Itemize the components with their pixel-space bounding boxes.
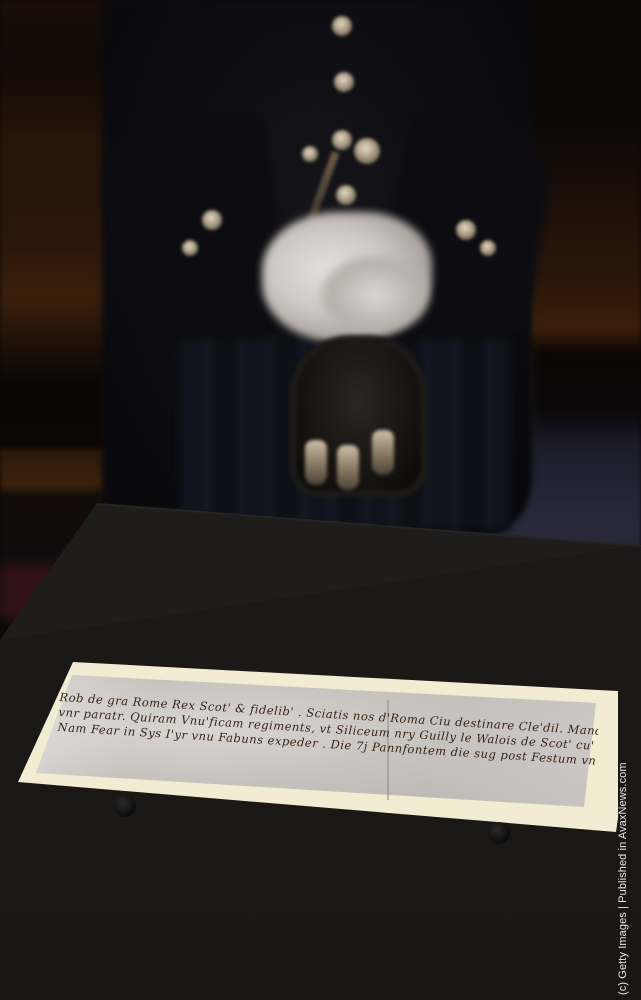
mount-peg-right (488, 822, 510, 844)
copyright-watermark: (c) Getty Images | Published in AvaxNews… (617, 762, 629, 995)
cuff-button (202, 210, 222, 230)
sporran-tassel (337, 445, 359, 490)
cuff-button (456, 220, 476, 240)
jacket-button (336, 185, 356, 205)
jacket-button (334, 72, 354, 92)
photo-scene: Rob de gra Rome Rex Scot' & fidelib' . S… (0, 0, 641, 1000)
jacket-button (302, 146, 318, 162)
sporran-tassel (372, 430, 394, 475)
jacket-button (332, 130, 352, 150)
jacket-button (354, 138, 380, 164)
cuff-button (480, 240, 496, 256)
mount-peg-left (114, 795, 136, 817)
cuff-button (182, 240, 198, 256)
sporran-tassel (305, 440, 327, 485)
jacket-button (332, 16, 352, 36)
white-gloved-hands-overlap (320, 255, 430, 335)
